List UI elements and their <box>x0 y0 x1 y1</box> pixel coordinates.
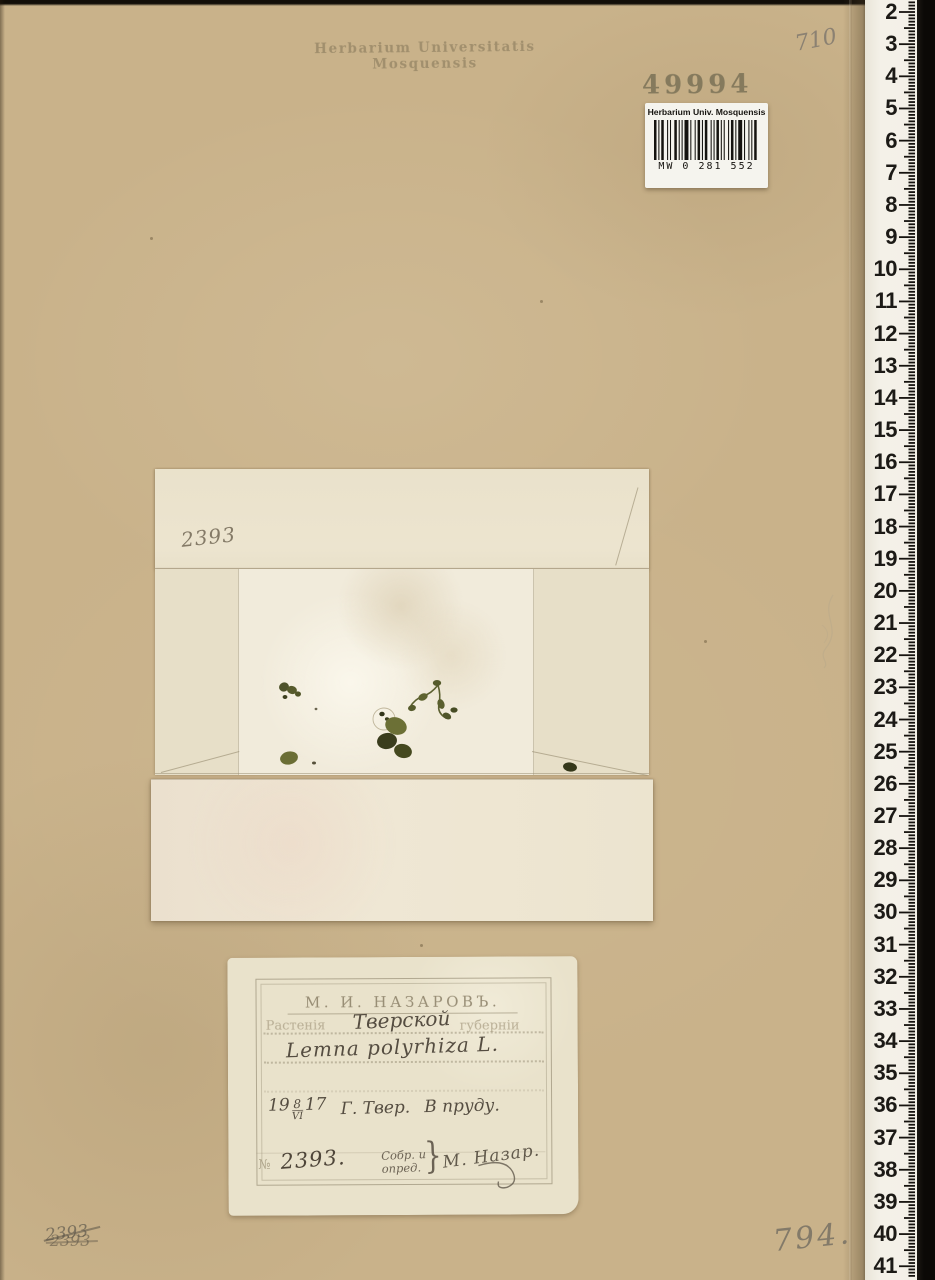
ruler-cm-label: 41 <box>874 1254 897 1278</box>
label-printed-word-plants: Растенія <box>266 1018 326 1033</box>
ruler-cm-label: 37 <box>874 1126 897 1150</box>
sheet-crease <box>849 0 852 1280</box>
specimen-speck <box>312 762 316 765</box>
dust-speck <box>420 944 423 947</box>
cm-ruler: 2345678910111213141516171819202122232425… <box>865 0 917 1280</box>
ruler-cm-label: 19 <box>874 547 897 571</box>
ruler-cm-label: 9 <box>885 225 897 249</box>
ruler-cm-label: 11 <box>875 289 897 313</box>
ruler-cm-label: 35 <box>874 1061 897 1085</box>
ruler-cm-label: 10 <box>874 257 897 281</box>
lemna-specimen-fronds <box>151 467 653 922</box>
determination-label: М. И. НАЗАРОВЪ. Растенія губерніи Тверск… <box>227 956 578 1216</box>
ruler-cm-label: 30 <box>874 900 897 924</box>
ruler-cm-label: 33 <box>874 997 897 1021</box>
crossed-out-number: 2393 2393 <box>44 1216 118 1269</box>
specimen-frond <box>407 704 416 712</box>
label-habitat: В пруду. <box>424 1095 500 1117</box>
ruler-cm-label: 27 <box>874 804 897 828</box>
barcode-code-text: MW 0 281 552 <box>658 161 754 172</box>
ruler-cm-label: 15 <box>874 418 897 442</box>
specimen-frond <box>392 742 413 760</box>
specimen-frond <box>283 695 288 699</box>
specimen-frond <box>279 750 299 766</box>
ruler-cm-label: 22 <box>874 643 897 667</box>
barcode <box>654 120 760 160</box>
label-region-handwritten: Тверской <box>352 1006 451 1034</box>
ruler-cm-label: 14 <box>874 386 897 410</box>
ruler-cm-label: 36 <box>874 1093 897 1117</box>
accession-number-stamp: 49994 <box>642 69 753 100</box>
ruler-cm-label: 32 <box>874 965 897 989</box>
label-brace: } <box>424 1135 442 1178</box>
ruler-cm-label: 28 <box>874 836 897 860</box>
ruler-cm-label: 8 <box>885 193 897 217</box>
dust-speck <box>150 237 153 240</box>
label-collected-determined: Собр. и опред. <box>381 1148 427 1175</box>
ruler-cm-label: 20 <box>874 579 897 603</box>
specimen-frond <box>450 707 457 712</box>
signature-flourish <box>476 1161 536 1195</box>
ruler-cm-label: 4 <box>885 64 897 88</box>
dust-speck <box>704 640 707 643</box>
ruler-cm-label: 25 <box>874 740 897 764</box>
ruler-cm-label: 13 <box>874 354 897 378</box>
label-locality: Г. Твер. <box>340 1097 410 1119</box>
specimen-frond <box>295 691 301 696</box>
dust-speck <box>540 300 543 303</box>
ruler-cm-label: 17 <box>874 482 897 506</box>
ruler-cm-label: 29 <box>874 868 897 892</box>
ruler-cm-label: 38 <box>874 1158 897 1182</box>
specimen-envelope: 2393 <box>151 467 653 922</box>
ruler-cm-label: 6 <box>885 129 897 153</box>
label-date: 198VI17 <box>268 1094 327 1124</box>
ruler-cm-label: 26 <box>874 772 897 796</box>
specimen-frond <box>436 698 446 710</box>
specimen-frond <box>417 692 429 702</box>
ruler-cm-label: 24 <box>874 708 897 732</box>
ruler-cm-label: 2 <box>885 0 897 24</box>
herbarium-sheet-scan: Herbarium Universitatis Mosquensis 710 4… <box>0 0 935 1280</box>
specimen-speck <box>315 708 318 710</box>
specimen-frond <box>562 761 577 772</box>
university-stamp-text: Herbarium Universitatis Mosquensis <box>293 39 557 74</box>
ruler-cm-label: 5 <box>885 96 897 120</box>
label-specimen-number: 2393. <box>280 1145 347 1174</box>
ruler-cm-label: 7 <box>885 161 897 185</box>
ruler-cm-label: 16 <box>874 450 897 474</box>
sheet-right-edge-shadow <box>843 0 866 1280</box>
ruler-cm-label: 40 <box>874 1222 897 1246</box>
specimen-frond <box>442 711 453 721</box>
label-number-sign: № <box>258 1158 270 1173</box>
label-date-locality-line: 198VI17 Г. Твер. В пруду. <box>268 1090 500 1124</box>
ruler-cm-label: 12 <box>874 322 897 346</box>
ruler-cm-label: 21 <box>874 611 897 635</box>
ruler-cm-label: 39 <box>874 1190 897 1214</box>
barcode-label: Herbarium Univ. Mosquensis MW 0 281 552 <box>645 103 768 188</box>
sheet-left-edge <box>0 0 5 1280</box>
specimen-frond <box>379 712 384 717</box>
ruler-cm-label: 34 <box>874 1029 897 1053</box>
sheet-top-edge <box>0 0 868 6</box>
specimen-frond <box>433 680 441 686</box>
ruler-black-edge <box>917 0 935 1280</box>
ruler-cm-label: 3 <box>885 32 897 56</box>
ruler-cm-label: 23 <box>874 675 897 699</box>
ruler-cm-label: 31 <box>874 933 897 957</box>
barcode-label-title: Herbarium Univ. Mosquensis <box>648 107 766 117</box>
ruler-cm-label: 18 <box>874 515 897 539</box>
